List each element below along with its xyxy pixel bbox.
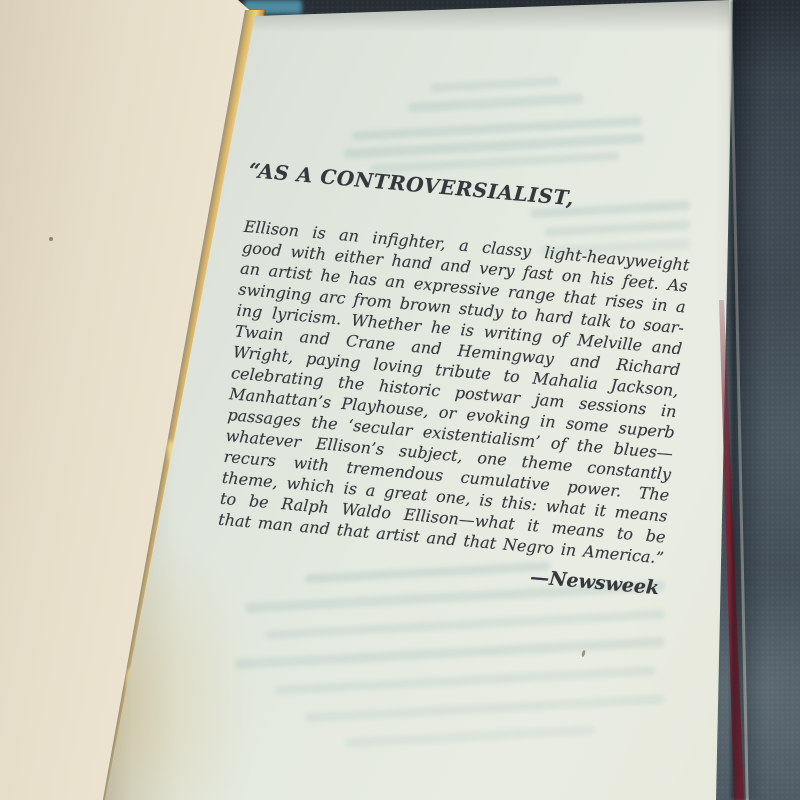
bleed-through-line — [235, 637, 665, 669]
page-shadow — [731, 0, 765, 800]
bleed-through-line — [408, 93, 583, 112]
bleed-through-line — [345, 725, 595, 747]
paper-fleck — [581, 650, 586, 658]
quote-body: Ellison is an infighter, a classy light-… — [217, 216, 690, 569]
bleed-through-line — [430, 77, 560, 93]
paper-fleck — [49, 237, 53, 241]
bleed-through-line — [305, 695, 665, 723]
bleed-through-line — [265, 610, 665, 640]
book-photo: “AS A CONTROVERSIALIST, Ellison is an in… — [0, 0, 800, 800]
quote-block: “AS A CONTROVERSIALIST, Ellison is an in… — [215, 158, 696, 599]
bleed-through-line — [275, 666, 655, 695]
